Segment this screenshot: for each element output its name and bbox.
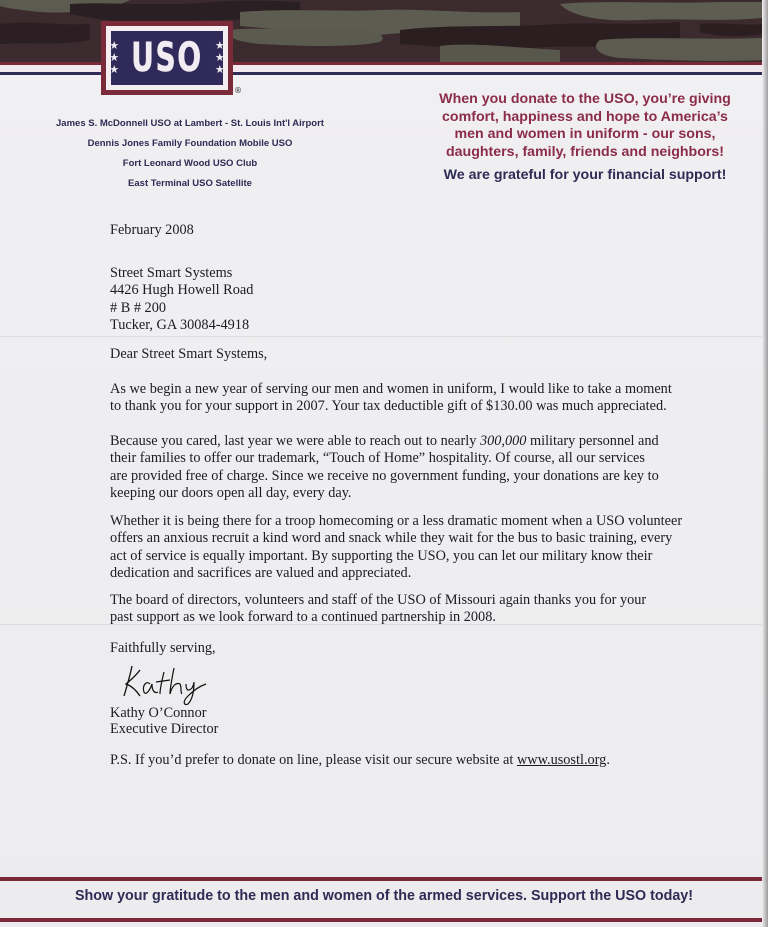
logo-stars-right: ★ ★ ★ — [215, 40, 225, 76]
ps-text: P.S. If you’d prefer to donate on line, … — [110, 752, 517, 768]
star-icon: ★ — [215, 64, 225, 76]
footer-top-rule — [0, 877, 762, 881]
registered-trademark-icon: ® — [234, 86, 242, 95]
paragraph-line: to thank you for your support in 2007. Y… — [110, 398, 672, 415]
uso-logo-border: ★ ★ ★ USO ★ ★ ★ — [106, 26, 228, 90]
paper-fold-crease — [0, 336, 762, 338]
slogan-line: daughters, family, friends and neighbors… — [410, 144, 760, 162]
paragraph-line: keeping our doors open all day, every da… — [110, 485, 659, 502]
page-edge-shadow — [762, 0, 768, 927]
paragraph-line: past support as we look forward to a con… — [110, 609, 646, 626]
location-item: James S. McDonnell USO at Lambert - St. … — [0, 118, 380, 138]
website-link[interactable]: www.usostl.org — [517, 752, 606, 768]
address-line: 4426 Hugh Howell Road — [110, 282, 253, 299]
star-icon: ★ — [109, 64, 119, 76]
paragraph-line: Because you cared, last year we were abl… — [110, 433, 659, 450]
letter-date: February 2008 — [110, 222, 194, 239]
paragraph-line: As we begin a new year of serving our me… — [110, 381, 672, 398]
location-item: Dennis Jones Family Foundation Mobile US… — [0, 138, 380, 158]
signature-icon: Kathy — [118, 660, 208, 706]
signer-title: Executive Director — [110, 721, 218, 738]
slogan-line: men and women in uniform - our sons, — [410, 126, 760, 144]
logo-text: USO — [131, 36, 203, 80]
closing: Faithfully serving, — [110, 640, 216, 657]
ps-end: . — [606, 752, 610, 768]
location-item: East Terminal USO Satellite — [0, 178, 380, 198]
recipient-address: Street Smart Systems 4426 Hugh Howell Ro… — [110, 265, 253, 334]
uso-logo-field: ★ ★ ★ USO ★ ★ ★ — [111, 31, 223, 85]
salutation: Dear Street Smart Systems, — [110, 346, 267, 363]
paragraph-line: offers an anxious recruit a kind word an… — [110, 530, 682, 547]
paragraph-line: their families to offer our trademark, “… — [110, 450, 659, 467]
paragraph-line: act of service is equally important. By … — [110, 548, 682, 565]
paragraph-line: dedication and sacrifices are valued and… — [110, 565, 682, 582]
text-run: Because you cared, last year we were abl… — [110, 433, 480, 449]
paragraph-4: The board of directors, volunteers and s… — [110, 592, 646, 627]
uso-locations-list: James S. McDonnell USO at Lambert - St. … — [0, 118, 380, 198]
paragraph-1: As we begin a new year of serving our me… — [110, 381, 672, 416]
donation-slogan: When you donate to the USO, you’re givin… — [410, 91, 760, 184]
signer-name: Kathy O’Connor — [110, 705, 207, 722]
slogan-line: When you donate to the USO, you’re givin… — [410, 91, 760, 109]
footer-call-to-action: Show your gratitude to the men and women… — [0, 888, 768, 904]
footer-bottom-rule — [0, 918, 762, 922]
paragraph-line: The board of directors, volunteers and s… — [110, 592, 646, 609]
letter-page: ★ ★ ★ USO ★ ★ ★ ® James S. McDonnell USO… — [0, 0, 768, 927]
address-line: # B # 200 — [110, 300, 253, 317]
address-line: Tucker, GA 30084-4918 — [110, 317, 253, 334]
slogan-line: comfort, happiness and hope to America’s — [410, 109, 760, 127]
paragraph-3: Whether it is being there for a troop ho… — [110, 513, 682, 582]
text-run: military personnel and — [526, 433, 658, 449]
address-line: Street Smart Systems — [110, 265, 253, 282]
paragraph-line: Whether it is being there for a troop ho… — [110, 513, 682, 530]
uso-logo: ★ ★ ★ USO ★ ★ ★ — [101, 21, 233, 95]
postscript: P.S. If you’d prefer to donate on line, … — [110, 752, 610, 769]
paragraph-2: Because you cared, last year we were abl… — [110, 433, 659, 502]
location-item: Fort Leonard Wood USO Club — [0, 158, 380, 178]
logo-stars-left: ★ ★ ★ — [109, 40, 119, 76]
slogan-text: When you donate to the USO, you’re givin… — [410, 91, 760, 161]
paragraph-line: are provided free of charge. Since we re… — [110, 468, 659, 485]
emphasis-number: 300,000 — [480, 433, 526, 449]
thanks-line: We are grateful for your financial suppo… — [410, 166, 760, 184]
